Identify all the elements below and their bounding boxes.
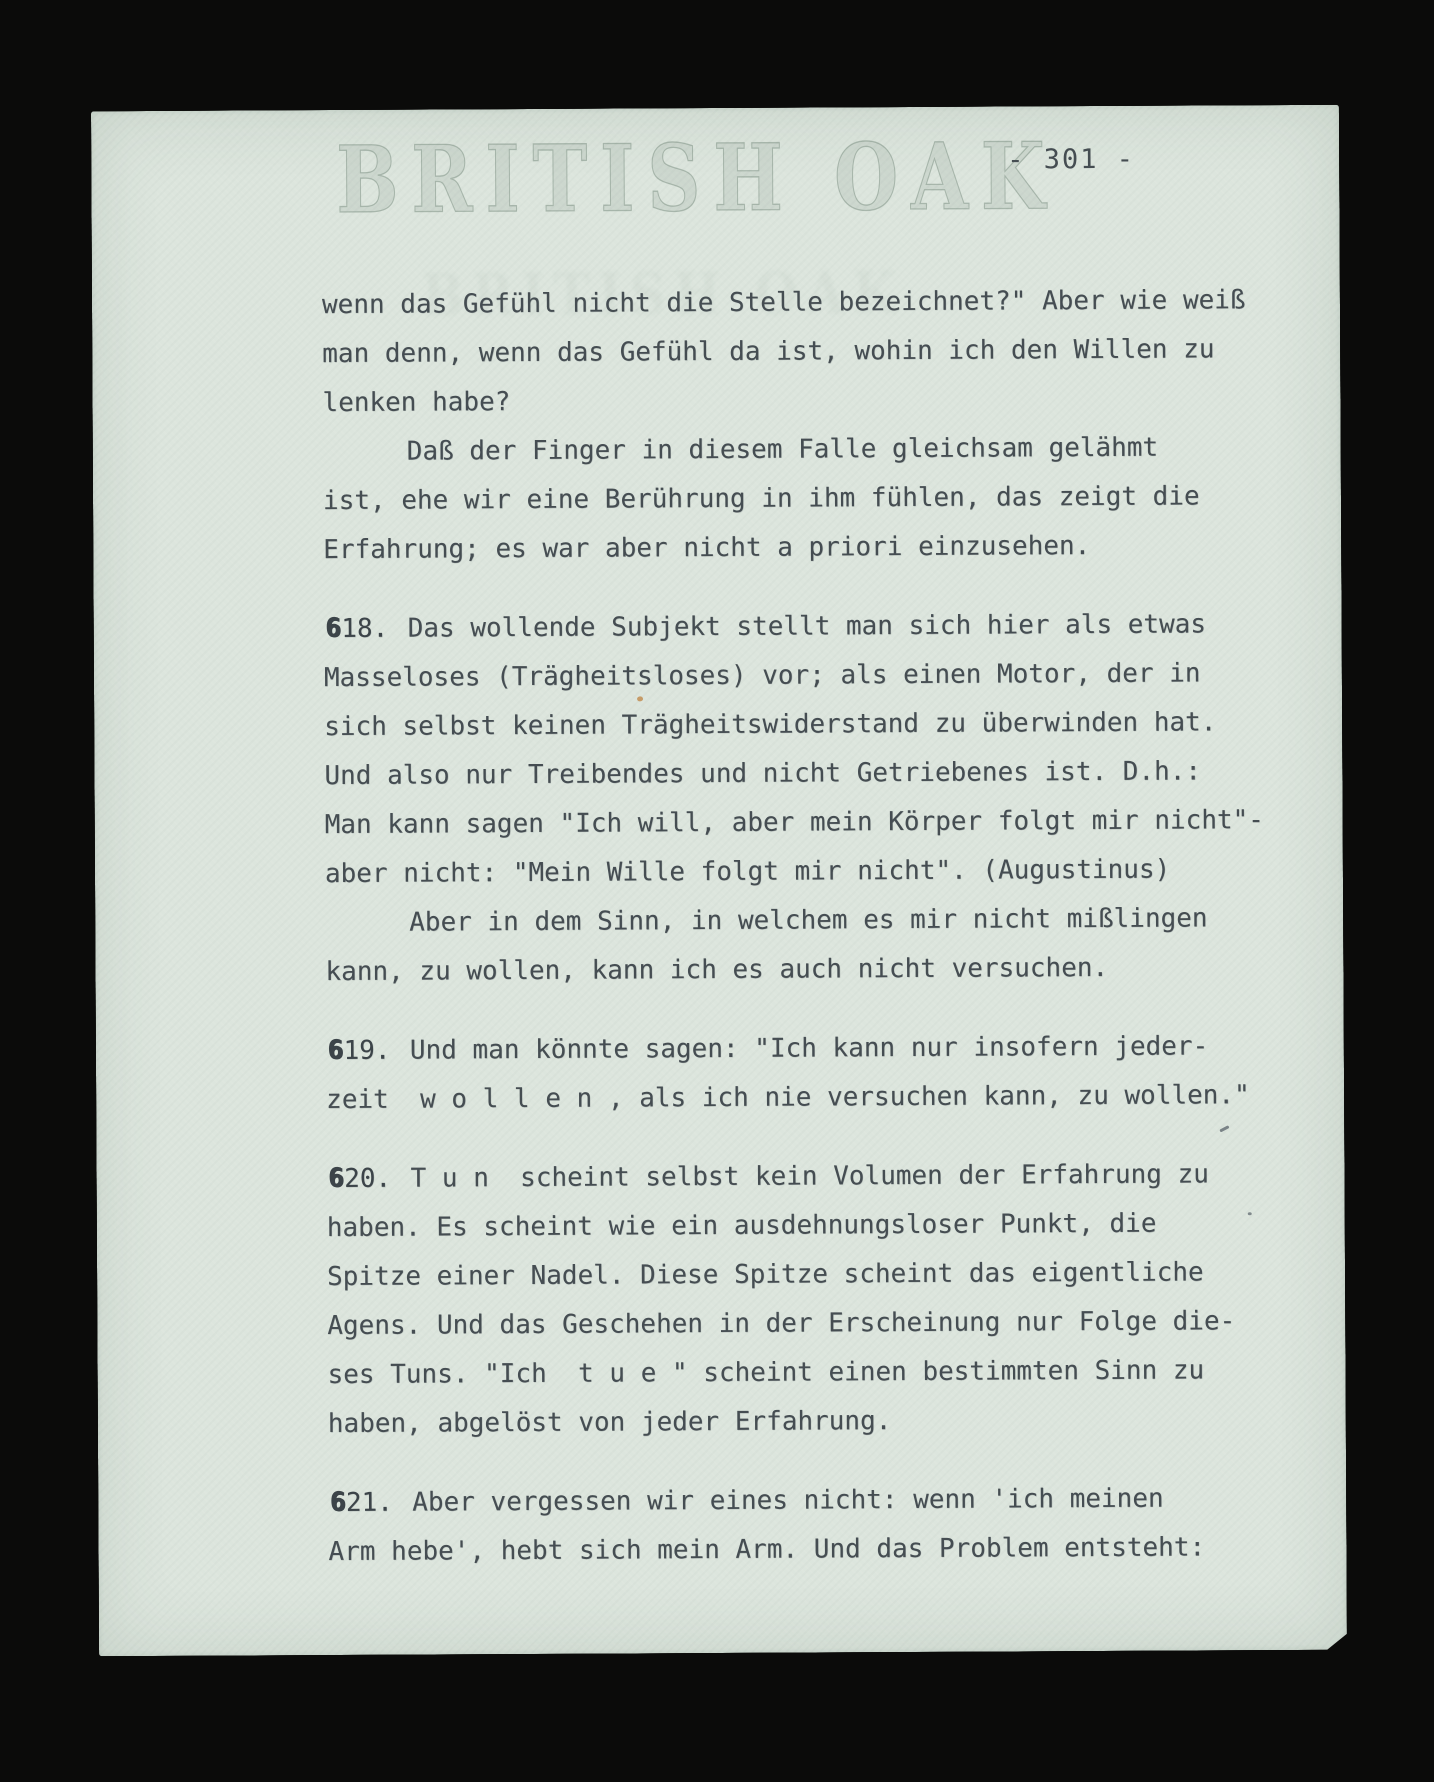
text-line: Und man könnte sagen: "Ich kann nur inso… [326, 1022, 1326, 1076]
section-number: 620. [328, 1155, 391, 1204]
section-number: 619. [328, 1027, 391, 1076]
section-paragraph: Das wollende Subjekt stellt man sich hie… [324, 600, 1326, 899]
text-line: Das wollende Subjekt stellt man sich hie… [324, 600, 1324, 654]
photo-background: { "document": { "page_number": "- 301 -"… [0, 0, 1434, 1782]
paper-sheet: BRITISH OAK BRITISH OAK - 301 - wenn das… [91, 105, 1347, 1657]
text-line: wenn das Gefühl nicht die Stelle bezeich… [322, 276, 1322, 330]
ink-speck-orange [637, 696, 643, 701]
text-line: Agens. Und das Geschehen in der Erschein… [327, 1297, 1327, 1351]
text-line: Masseloses (Trägheitsloses) vor; als ein… [324, 649, 1324, 703]
section-number: 618. [326, 605, 389, 654]
text-line: Aber in dem Sinn, in welchem es mir nich… [325, 894, 1325, 948]
text-line: T u n scheint selbst kein Volumen der Er… [326, 1150, 1326, 1204]
ink-speck-dot [1248, 1212, 1252, 1215]
watermark-text: BRITISH OAK [336, 122, 1058, 234]
text-line: Arm hebe', hebt sich mein Arm. Und das P… [328, 1523, 1328, 1577]
text-line: Daß der Finger in diesem Falle gleichsam… [323, 423, 1323, 477]
text-line: man denn, wenn das Gefühl da ist, wohin … [322, 325, 1322, 379]
text-line: Aber vergessen wir eines nicht: wenn 'ic… [328, 1474, 1328, 1528]
text-line: ist, ehe wir eine Berührung in ihm fühle… [323, 472, 1323, 526]
text-line: haben, abgelöst von jeder Erfahrung. [328, 1395, 1328, 1449]
text-line: Spitze einer Nadel. Diese Spitze scheint… [327, 1248, 1327, 1302]
page-number: - 301 - [1007, 144, 1135, 176]
section-paragraph: Aber vergessen wir eines nicht: wenn 'ic… [328, 1474, 1328, 1577]
section-number: 621. [330, 1479, 393, 1528]
paragraph: Daß der Finger in diesem Falle gleichsam… [323, 423, 1324, 575]
text-line: lenken habe? [322, 374, 1322, 428]
text-line: Man kann sagen "Ich will, aber mein Körp… [325, 796, 1325, 850]
text-line: aber nicht: "Mein Wille folgt mir nicht"… [325, 845, 1325, 899]
text-line: zeit w o l l e n , als ich nie versuchen… [326, 1071, 1326, 1125]
paragraph: Aber in dem Sinn, in welchem es mir nich… [325, 894, 1325, 997]
section-paragraph: Und man könnte sagen: "Ich kann nur inso… [326, 1022, 1326, 1125]
text-line: kann, zu wollen, kann ich es auch nicht … [325, 943, 1325, 997]
text-line: sich selbst keinen Trägheitswiderstand z… [324, 698, 1324, 752]
text-column: wenn das Gefühl nicht die Stelle bezeich… [322, 276, 1329, 1577]
text-line: Erfahrung; es war aber nicht a priori ei… [323, 521, 1323, 575]
paragraph: wenn das Gefühl nicht die Stelle bezeich… [322, 276, 1323, 428]
text-line: haben. Es scheint wie ein ausdehnungslos… [327, 1199, 1327, 1253]
text-line: Und also nur Treibendes und nicht Getrie… [324, 747, 1324, 801]
section-paragraph: T u n scheint selbst kein Volumen der Er… [326, 1150, 1328, 1449]
text-line: ses Tuns. "Ich t u e " scheint einen bes… [327, 1346, 1327, 1400]
